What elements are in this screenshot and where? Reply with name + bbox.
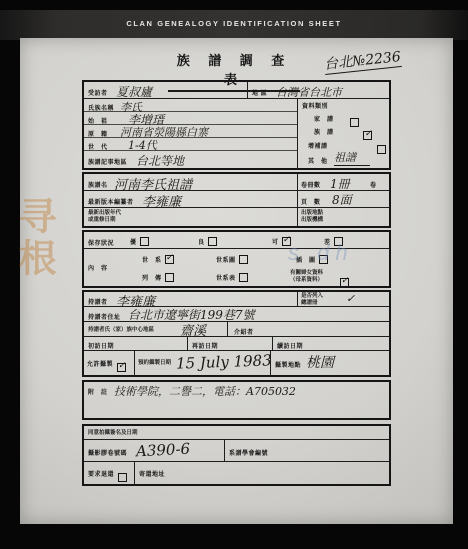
- film-roll-label: 攝影膠卷號碼: [88, 448, 127, 457]
- category-column: 資料類別 家 譜 族 譜 ✓ 增補譜 其 他 祖譜: [297, 99, 393, 170]
- content-biography-checkbox: [165, 273, 174, 282]
- condition-excellent-checkbox: [140, 237, 149, 246]
- category-supplement-label: 增補譜: [308, 141, 328, 150]
- condition-good-label: 良: [198, 237, 205, 246]
- introducer-label: 介紹者: [234, 327, 254, 336]
- box-identity: 受訪者 夏叔廬 地 區 台灣省台北市 氏族名稱 李氏 始 祖 李增瑨 原 籍 河…: [82, 80, 391, 170]
- first-ancestor-label: 始 祖: [88, 116, 108, 125]
- reference-number: 台北№2236: [323, 46, 402, 75]
- holder-address-label: 持譜者住址: [88, 312, 121, 321]
- category-header: 資料類別: [302, 101, 328, 110]
- clan-name-label: 氏族名稱: [88, 103, 114, 112]
- pubdate-label-line1: 最新出版年代: [88, 210, 121, 217]
- content-lineage-label: 世 系: [142, 255, 162, 264]
- box-holder-visits: 持譜者 李雍廉 是否列入 總譜冊 ✓ 持譜者住址 台北市遼寧街199巷7號 持譜…: [82, 290, 391, 377]
- society-number-label: 系譜學會編號: [229, 448, 268, 457]
- content-table-checkbox: [239, 273, 248, 282]
- interviewee-label: 受訪者: [88, 88, 108, 97]
- generations-label: 世 代: [88, 142, 108, 151]
- category-other-value: 祖譜: [334, 149, 370, 166]
- box-note: 附 註 技術學院，二譽二，電話：A705032: [82, 380, 391, 420]
- region-label: 地 區: [252, 88, 267, 97]
- return-request-label: 要求退還: [88, 469, 114, 478]
- paper-sheet: 族 譜 調 查 表 台北№2236 受訪者 夏叔廬 地 區 台灣省台北市 氏族名…: [20, 38, 453, 524]
- consent-label: 同意拍攝簽名及日期: [88, 430, 138, 437]
- pubplace-label-line2: 出版機構: [301, 217, 323, 224]
- category-other-label: 其 他: [308, 156, 328, 165]
- return-request-checkbox: [118, 473, 127, 482]
- record-region-value: 台北等地: [136, 152, 184, 169]
- volumes-suffix: 卷: [370, 180, 377, 189]
- watermark-right: s dh: [288, 240, 354, 266]
- content-biography-label: 列 傳: [142, 273, 162, 282]
- title-label: 族譜名: [88, 180, 108, 189]
- filming-place-label: 攝製地點: [275, 360, 301, 369]
- category-family-checkbox: [350, 118, 359, 127]
- note-label: 附 註: [88, 387, 108, 396]
- origin-label: 原 籍: [88, 129, 108, 138]
- interviewee-value: 夏叔廬: [116, 83, 152, 100]
- watermark-left: 寻根: [6, 196, 61, 280]
- box-bibliographic: 族譜名 河南李氏祖譜 卷冊數 1冊 卷 最新版本編纂者 李雍廉 頁 數 8面 最…: [82, 172, 391, 228]
- content-lineage-checkbox: ✓: [165, 255, 174, 264]
- category-supplement-checkbox: [377, 145, 386, 154]
- category-clan-label: 族 譜: [314, 127, 334, 136]
- pages-label: 頁 數: [301, 197, 321, 206]
- scan-header-band: CLAN GENEALOGY IDENTIFICATION SHEET: [0, 10, 468, 40]
- category-clan-checkbox: ✓: [363, 131, 372, 140]
- filming-date-value: 15 July 1983: [176, 351, 272, 372]
- condition-label: 保存狀況: [88, 238, 114, 247]
- region-value: 台灣省台北市: [276, 84, 342, 100]
- film-roll-value: A390-6: [136, 440, 191, 461]
- content-table-label: 世系表: [216, 273, 236, 282]
- volumes-label: 卷冊數: [301, 180, 321, 189]
- record-region-label: 族譜記事地區: [88, 157, 127, 166]
- listed-checkmark: ✓: [346, 292, 355, 305]
- pubplace-label-line1: 出版地點: [301, 210, 323, 217]
- content-women-label-line2: （母系資料）: [290, 277, 323, 284]
- listed-label-line2: 總譜冊: [301, 300, 318, 307]
- followup-visit-label: 續訪日期: [277, 341, 303, 350]
- condition-good-checkbox: [208, 237, 217, 246]
- content-chart-label: 世系圖: [216, 255, 236, 264]
- return-address-label: 寄還地址: [139, 469, 165, 478]
- content-women-label-line1: 有關婦女資料: [290, 270, 323, 277]
- clan-center-label: 持譜者氏（家）族中心地區: [88, 327, 154, 334]
- condition-fair-label: 可: [272, 237, 279, 246]
- listed-label-line1: 是否列入: [301, 293, 323, 300]
- scanned-genealogy-sheet: { "scan": { "header_title": "CLAN GENEAL…: [0, 0, 468, 549]
- holder-label: 持譜者: [88, 297, 108, 306]
- content-label: 內 容: [88, 263, 108, 272]
- pages-value: 8面: [332, 191, 352, 208]
- note-value: 技術學院，二譽二，電話：A705032: [114, 383, 296, 399]
- filming-place-value: 桃園: [306, 352, 334, 372]
- pubdate-label-line2: 或重修日期: [88, 217, 116, 224]
- first-visit-label: 初訪日期: [88, 341, 114, 350]
- condition-excellent-label: 優: [130, 237, 137, 246]
- filming-permit-label: 允許攝製: [87, 359, 113, 368]
- second-visit-label: 再訪日期: [192, 341, 218, 350]
- content-chart-checkbox: [239, 255, 248, 264]
- filming-date-label: 預約攝製日期: [138, 360, 171, 367]
- box-film-admin: 同意拍攝簽名及日期 攝影膠卷號碼 A390-6 系譜學會編號 要求退還 寄還地址: [82, 424, 391, 486]
- category-family-label: 家 譜: [314, 114, 334, 123]
- compiler-label: 最新版本編纂者: [88, 197, 134, 206]
- sheet-header-title: CLAN GENEALOGY IDENTIFICATION SHEET: [0, 19, 468, 28]
- content-women-checkbox: ✓: [340, 278, 349, 287]
- filming-permit-checkbox: ✓: [117, 363, 126, 372]
- volumes-value: 1冊: [330, 175, 350, 192]
